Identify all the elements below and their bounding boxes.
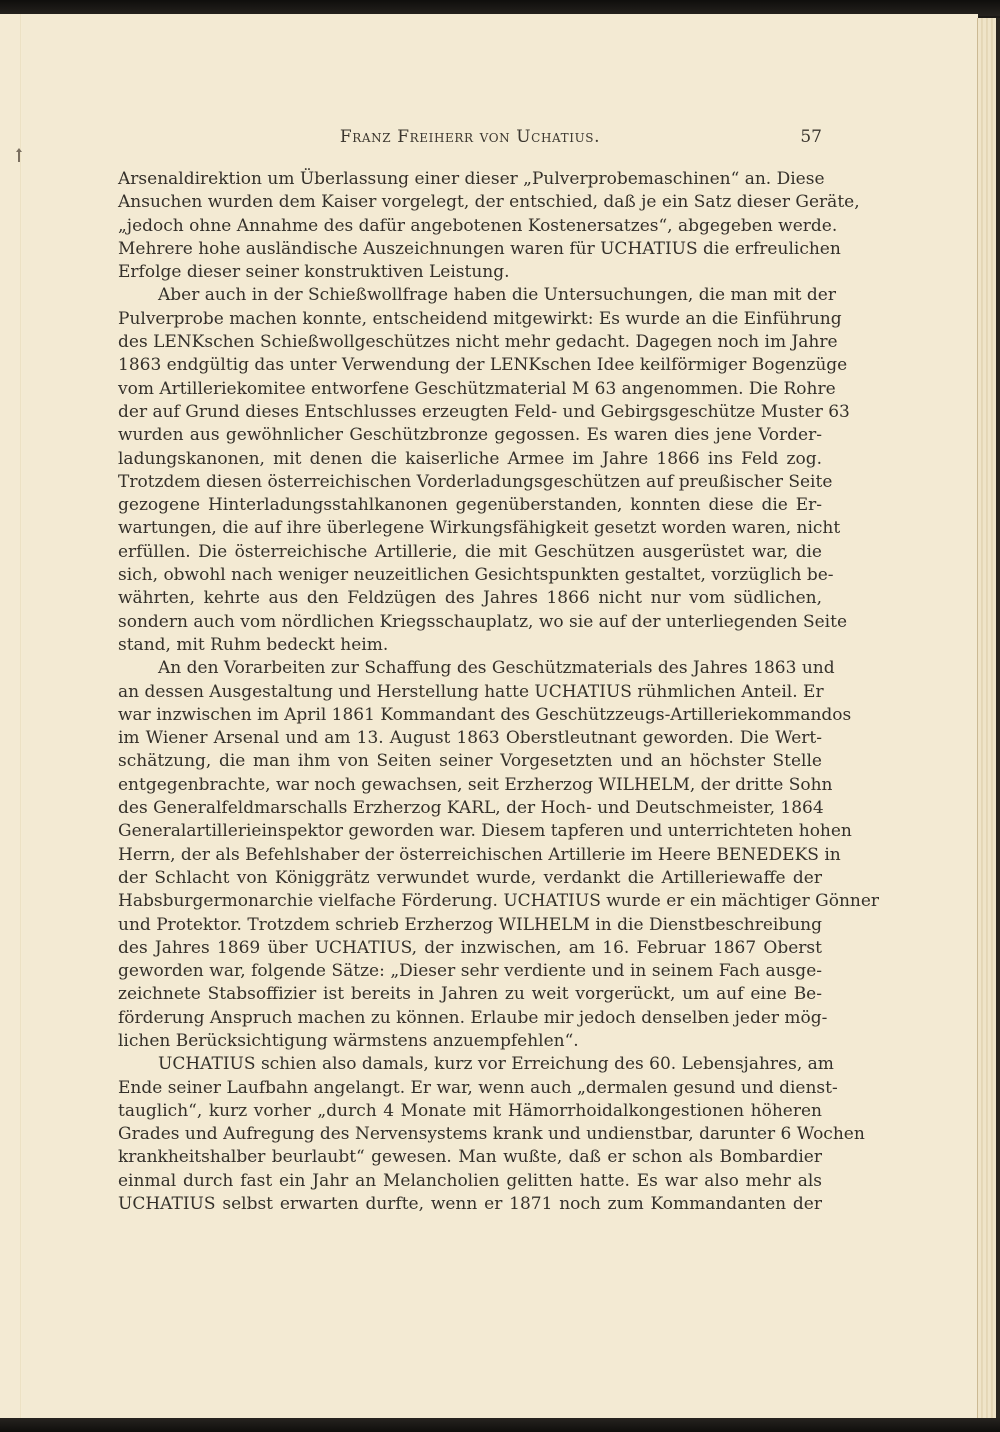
text-line: der auf Grund dieses Entschlusses erzeug… xyxy=(118,401,822,424)
text-line: währten, kehrte aus den Feldzügen des Ja… xyxy=(118,587,822,610)
text-line: des LENKschen Schießwollgeschützes nicht… xyxy=(118,331,822,354)
text-line: Arsenaldirektion um Überlassung einer di… xyxy=(118,168,822,191)
text-line: entgegenbrachte, war noch gewachsen, sei… xyxy=(118,774,822,797)
paragraph: Aber auch in der Schießwollfrage haben d… xyxy=(118,284,822,657)
text-line: Herrn, der als Befehlshaber der österrei… xyxy=(118,844,822,867)
scan-border-bottom xyxy=(0,1418,1000,1432)
text-line: krankheitshalber beurlaubt“ gewesen. Man… xyxy=(118,1146,822,1169)
text-line: 1863 endgültig das unter Verwendung der … xyxy=(118,354,822,377)
text-line: Aber auch in der Schießwollfrage haben d… xyxy=(118,284,822,307)
running-header: Franz Freiherr von Uchatius. 57 xyxy=(118,127,822,151)
text-line: förderung Anspruch machen zu können. Erl… xyxy=(118,1007,822,1030)
page-gutter xyxy=(20,14,22,1418)
text-line: an dessen Ausgestaltung und Herstellung … xyxy=(118,681,822,704)
paragraph: Arsenaldirektion um Überlassung einer di… xyxy=(118,168,822,284)
text-line: Mehrere hohe ausländische Auszeichnungen… xyxy=(118,238,822,261)
text-line: geworden war, folgende Sätze: „Dieser se… xyxy=(118,960,822,983)
text-line: im Wiener Arsenal und am 13. August 1863… xyxy=(118,727,822,750)
text-line: schätzung, die man ihm von Seiten seiner… xyxy=(118,750,822,773)
text-line: zeichnete Stabsoffizier ist bereits in J… xyxy=(118,983,822,1006)
text-line: war inzwischen im April 1861 Kommandant … xyxy=(118,704,822,727)
text-line: Habsburgermonarchie vielfache Förderung.… xyxy=(118,890,822,913)
text-line: wurden aus gewöhnlicher Geschützbronze g… xyxy=(118,424,822,447)
text-line: „jedoch ohne Annahme des dafür angeboten… xyxy=(118,215,822,238)
text-line: und Protektor. Trotzdem schrieb Erzherzo… xyxy=(118,914,822,937)
text-line: UCHATIUS selbst erwarten durfte, wenn er… xyxy=(118,1193,822,1216)
text-line: Trotzdem diesen österreichischen Vorderl… xyxy=(118,471,822,494)
text-line: sondern auch vom nördlichen Kriegsschaup… xyxy=(118,611,822,634)
text-line: Pulverprobe machen konnte, entscheidend … xyxy=(118,308,822,331)
body-text: Arsenaldirektion um Überlassung einer di… xyxy=(118,168,822,1216)
text-line: An den Vorarbeiten zur Schaffung des Ges… xyxy=(118,657,822,680)
text-line: sich, obwohl nach weniger neuzeitlichen … xyxy=(118,564,822,587)
text-line: Generalartillerieinspektor geworden war.… xyxy=(118,820,822,843)
text-line: gezogene Hinterladungsstahlkanonen gegen… xyxy=(118,494,822,517)
text-line: erfüllen. Die österreichische Artillerie… xyxy=(118,541,822,564)
text-line: Ende seiner Laufbahn angelangt. Er war, … xyxy=(118,1077,822,1100)
text-line: Erfolge dieser seiner konstruktiven Leis… xyxy=(118,261,822,284)
text-line: Grades und Aufregung des Nervensystems k… xyxy=(118,1123,822,1146)
text-line: tauglich“, kurz vorher „durch 4 Monate m… xyxy=(118,1100,822,1123)
text-line: einmal durch fast ein Jahr an Melancholi… xyxy=(118,1170,822,1193)
scan-border-right xyxy=(996,18,1000,1418)
page-number: 57 xyxy=(800,127,822,147)
text-line: des Generalfeldmarschalls Erzherzog KARL… xyxy=(118,797,822,820)
text-line: des Jahres 1869 über UCHATIUS, der inzwi… xyxy=(118,937,822,960)
text-line: vom Artilleriekomitee entworfene Geschüt… xyxy=(118,378,822,401)
running-title: Franz Freiherr von Uchatius. xyxy=(118,127,822,147)
margin-arrow-mark xyxy=(18,150,20,162)
text-line: wartungen, die auf ihre überlegene Wirku… xyxy=(118,517,822,540)
text-line: der Schlacht von Königgrätz verwundet wu… xyxy=(118,867,822,890)
text-line: stand, mit Ruhm bedeckt heim. xyxy=(118,634,822,657)
text-line: lichen Berücksichtigung wärmstens anzuem… xyxy=(118,1030,822,1053)
text-line: UCHATIUS schien also damals, kurz vor Er… xyxy=(118,1053,822,1076)
text-line: ladungskanonen, mit denen die kaiserlich… xyxy=(118,448,822,471)
paragraph: An den Vorarbeiten zur Schaffung des Ges… xyxy=(118,657,822,1053)
text-line: Ansuchen wurden dem Kaiser vorgelegt, de… xyxy=(118,191,822,214)
paragraph: UCHATIUS schien also damals, kurz vor Er… xyxy=(118,1053,822,1216)
